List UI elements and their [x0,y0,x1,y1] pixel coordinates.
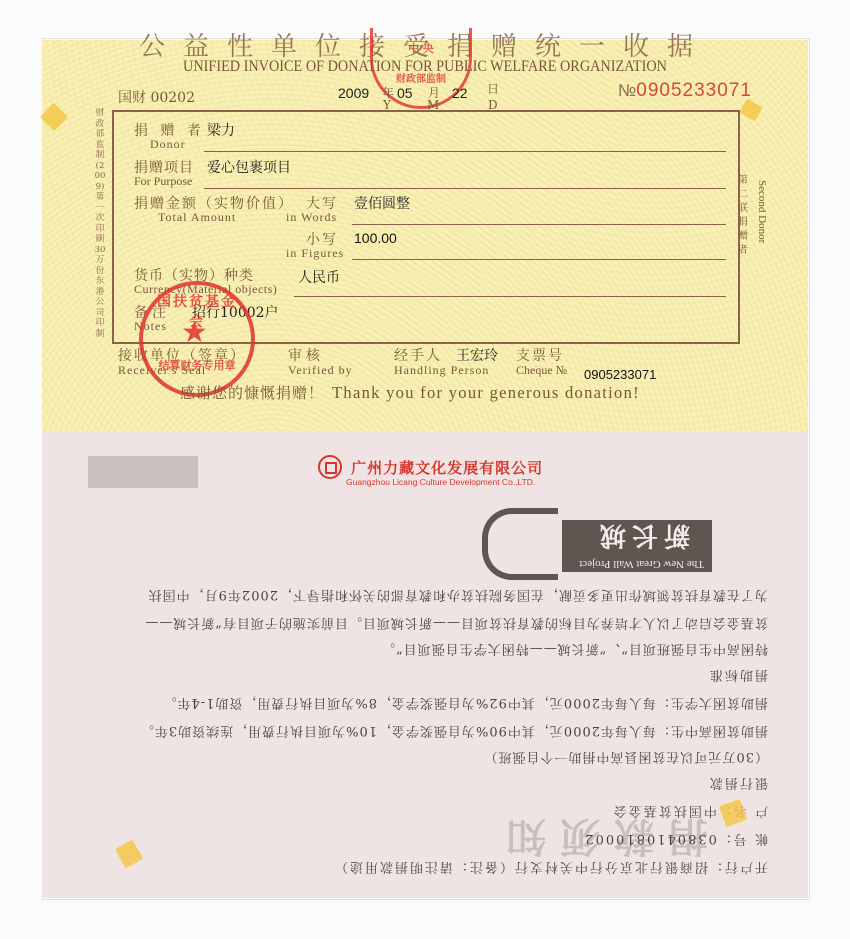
date-day: 22 [452,85,468,101]
currency-underline [294,296,726,297]
intro-line-2: 贫基金会启动了以人才培养为目标的教育扶贫项目——新长城项目。目前实施的子项目有“… [144,615,768,634]
cheque-label-en: Cheque № [516,363,567,378]
amount-in-words: 壹佰圆整 [354,193,410,213]
cheque-label: 支票号 [516,345,564,365]
copy-label-en: Second Donor [756,180,768,243]
verified-label: 审核 [288,345,324,365]
purpose-underline [204,188,726,189]
date-year: 2009 [338,85,369,101]
thank-you-message: 感谢您的慷慨捐赠！Thank you for your generous don… [180,382,640,403]
date-day-label: 日 [487,80,499,97]
purpose-value: 爱心包裹项目 [207,157,291,177]
date-month: 05 [397,85,413,101]
donor-underline [204,151,726,152]
figures-underline [352,259,726,260]
purpose-label-en: For Purpose [134,174,192,189]
bank-donation-title: 银行捐款 [708,775,768,794]
verified-label-en: Verified by [288,363,353,378]
donor-label-en: Donor [150,137,186,152]
great-wall-logo-icon [482,508,558,580]
serial-number: №0905233071 [618,80,752,102]
words-underline [352,224,726,225]
donation-invoice: 公益性单位接受捐赠统一收据 中 央 财政部监制 UNIFIED INVOICE … [42,40,808,432]
print-info-vertical: 财政部监制(2009)第一次印刷 30万份 东港公司印制 [94,108,106,339]
standard-title: 捐助标准 [708,667,768,686]
tape-mark [40,103,68,131]
new-great-wall-logo: The New Great Wall Project 新长城 [562,520,712,572]
amount-label-en: Total Amount [158,210,236,225]
intro-line-1: 为了在教育扶贫领域作出更多贡献，在国务院扶贫办和教育部的关怀和指导下，2002年… [148,587,768,606]
flipped-content: 捐 款 须 知 开户行：招商银行北京分行中关村支行（备注：请注明捐款用途） 帐 … [42,432,808,898]
amount-in-figures: 100.00 [354,230,397,246]
invoice-back-side: 捐 款 须 知 开户行：招商银行北京分行中关村支行（备注：请注明捐款用途） 帐 … [42,432,808,898]
standard-high-school: 捐助贫困高中生：每人每年2000元，其中90%为自强奖学金，10%为项目执行费用… [140,723,768,742]
standard-university: 捐助贫困大学生：每人每年2000元，其中92%为自强奖学金，8%为项目执行费用，… [162,695,768,714]
handler-value: 王宏玲 [456,345,498,365]
finance-seal-stamp: 国扶贫基金会 ★ 结算财务专用章 [139,281,255,397]
invoice-code: 国财 00202 [118,87,195,107]
handler-label: 经手人 [394,345,442,365]
invoice-title-en: UNIFIED INVOICE OF DONATION FOR PUBLIC W… [73,58,778,76]
donor-value: 梁力 [207,120,235,140]
company-logo-icon [318,455,342,479]
watermark-logo [88,456,198,488]
bank-line: 开户行：招商银行北京分行中关村支行（备注：请注明捐款用途） [333,859,768,878]
words-label-en: in Words [286,210,337,225]
star-icon: ★ [181,318,208,348]
intro-line-3: 特困高中生自强班项目”、“新长城——特困大学生自强项目”。 [381,641,768,660]
account-line: 帐 号：0380410810002 [583,831,768,850]
tape-mark [739,99,763,122]
cheque-number: 0905233071 [584,367,656,382]
currency-value: 人民币 [298,267,340,287]
figures-label-en: in Figures [286,246,344,261]
class-sponsorship-note: （30万元可以在贫困县高中捐助一个自强班） [483,749,768,768]
handler-label-en: Handling Person [394,363,489,378]
licang-company-logo: 广州力藏文化发展有限公司 Guangzhou Licang Culture De… [318,455,543,479]
